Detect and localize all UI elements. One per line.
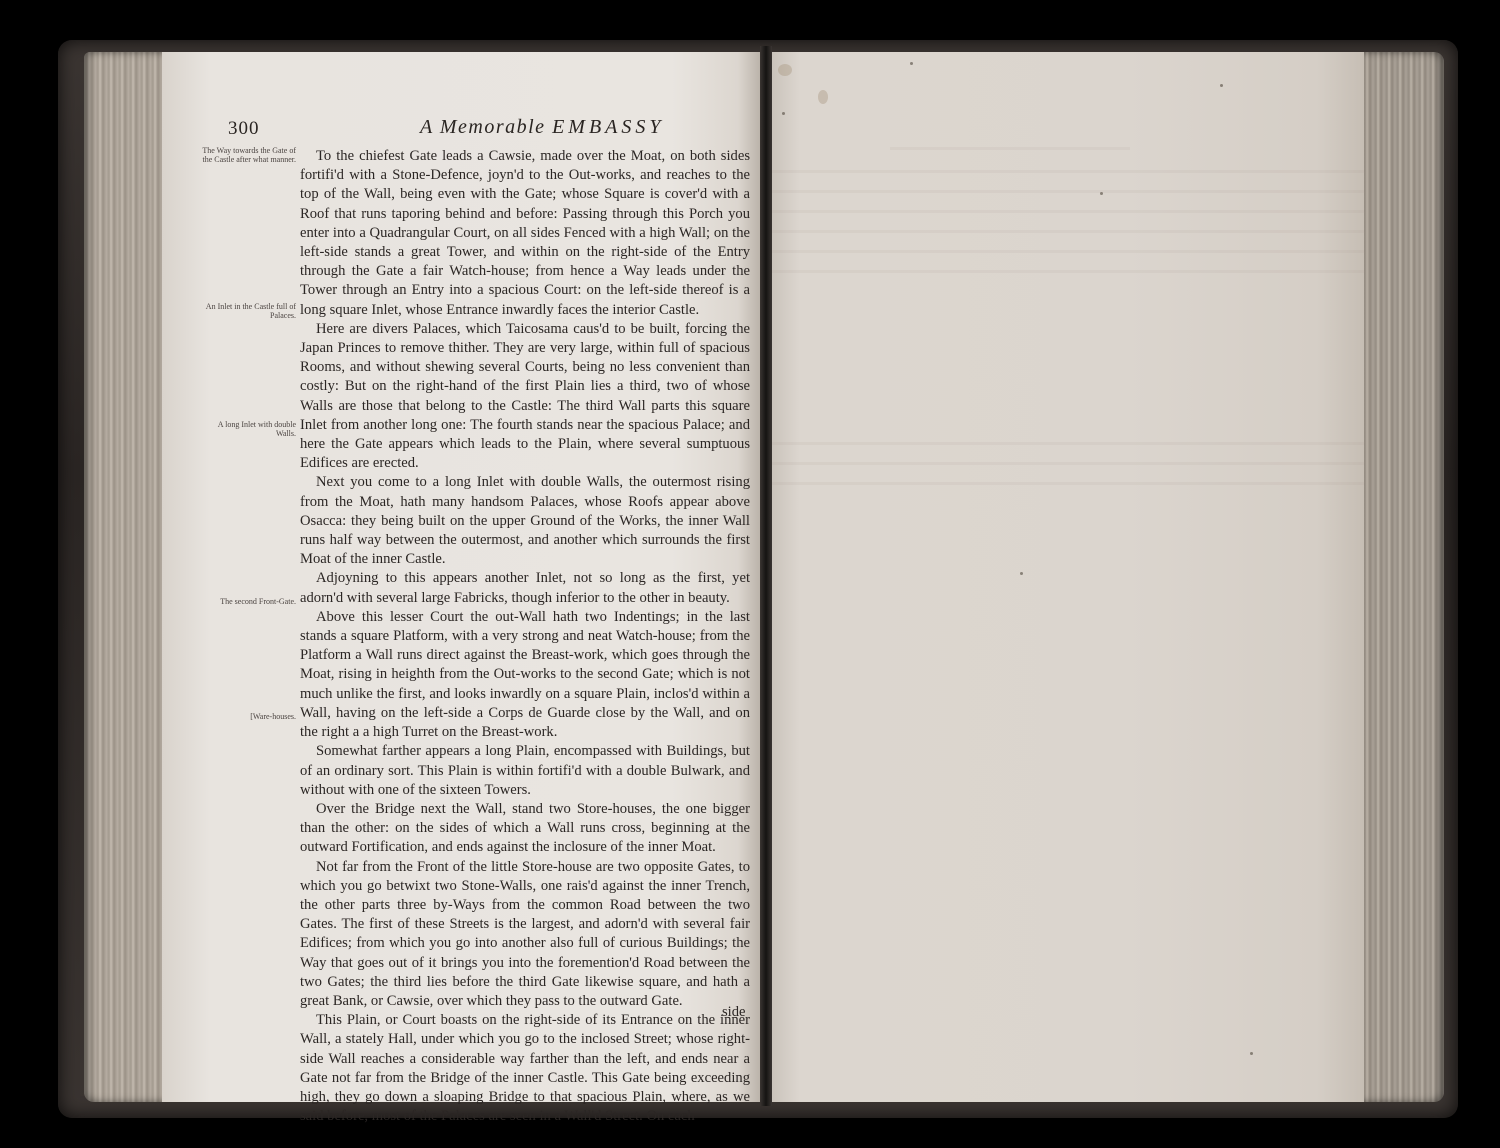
- show-through-line: [770, 170, 1364, 173]
- running-head: A Memorable EMBASSY: [420, 116, 665, 139]
- marginal-note: The second Front-Gate.: [196, 597, 296, 606]
- paragraph: Next you come to a long Inlet with doubl…: [300, 473, 750, 569]
- foxing-stain: [818, 90, 828, 104]
- catchword: side: [722, 1004, 746, 1021]
- page-number: 300: [228, 118, 260, 140]
- marginal-note: [Ware-houses.: [196, 712, 296, 721]
- marginal-note: A long Inlet with double Walls.: [196, 420, 296, 438]
- running-head-caps: EMBASSY: [552, 116, 664, 138]
- page-block-edge-right: [1362, 52, 1444, 1102]
- show-through-line: [770, 462, 1364, 465]
- foxing-spot: [782, 112, 785, 115]
- show-through-line: [770, 230, 1364, 233]
- foxing-spot: [1250, 1052, 1253, 1055]
- marginal-note: An Inlet in the Castle full of Palaces.: [196, 302, 296, 320]
- foxing-spot: [1220, 84, 1223, 87]
- marginal-note: The Way towards the Gate of the Castle a…: [196, 146, 296, 164]
- running-head-prefix: A Memorable: [420, 116, 546, 138]
- book-gutter: [760, 46, 772, 1106]
- body-text: To the chiefest Gate leads a Cawsie, mad…: [300, 147, 750, 1126]
- paragraph: This Plain, or Court boasts on the right…: [300, 1011, 750, 1126]
- page-block-edge-left: [84, 52, 164, 1102]
- paragraph: Here are divers Palaces, which Taicosama…: [300, 320, 750, 474]
- paragraph: Above this lesser Court the out-Wall hat…: [300, 608, 750, 742]
- show-through-line: [770, 190, 1364, 193]
- show-through-line: [770, 250, 1364, 253]
- foxing-stain: [778, 64, 792, 76]
- paragraph: Somewhat farther appears a long Plain, e…: [300, 742, 750, 800]
- paragraph: Adjoyning to this appears another Inlet,…: [300, 569, 750, 607]
- show-through-line: [890, 147, 1130, 150]
- foxing-spot: [910, 62, 913, 65]
- right-page: [770, 52, 1364, 1102]
- show-through-line: [770, 482, 1364, 485]
- show-through-line: [770, 442, 1364, 445]
- show-through-line: [770, 270, 1364, 273]
- foxing-spot: [1020, 572, 1023, 575]
- show-through-line: [770, 210, 1364, 213]
- foxing-spot: [1100, 192, 1103, 195]
- paragraph: Over the Bridge next the Wall, stand two…: [300, 800, 750, 858]
- paragraph: To the chiefest Gate leads a Cawsie, mad…: [300, 147, 750, 320]
- paragraph: Not far from the Front of the little Sto…: [300, 858, 750, 1012]
